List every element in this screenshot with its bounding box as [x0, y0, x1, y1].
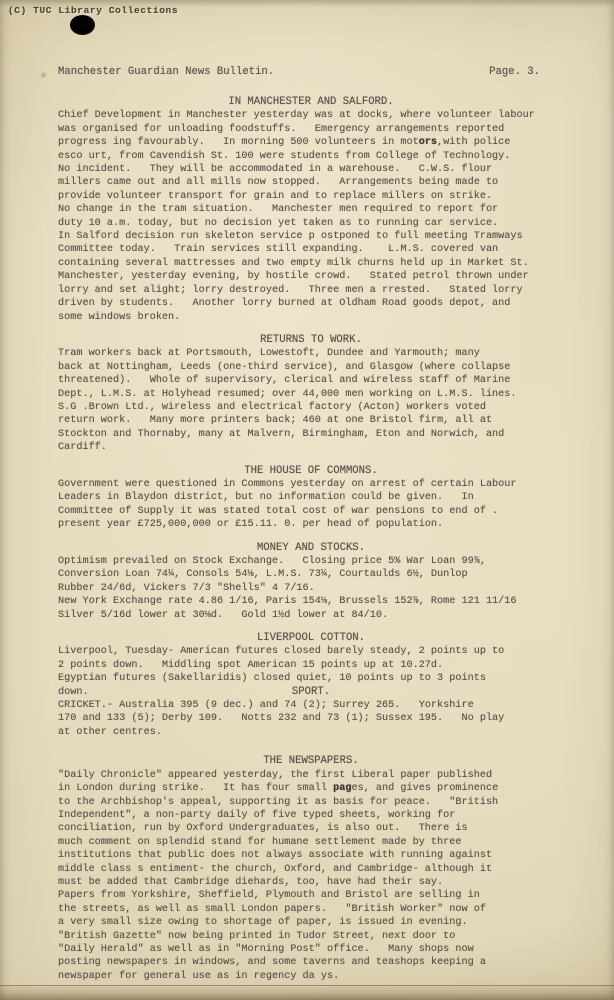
section-heading: LIVERPOOL COTTON. — [58, 632, 564, 645]
section-heading: IN MANCHESTER AND SALFORD. — [58, 96, 564, 109]
section-heading: THE HOUSE OF COMMONS. — [58, 465, 564, 478]
section-the-newspapers: THE NEWSPAPERS. "Daily Chronicle" appear… — [58, 755, 564, 983]
section-manchester-salford: IN MANCHESTER AND SALFORD. Chief Develop… — [58, 96, 564, 324]
section-heading: SPORT. — [58, 686, 564, 699]
document-body: IN MANCHESTER AND SALFORD. Chief Develop… — [58, 96, 564, 993]
scanned-document-page: (C) TUC Library Collections Manchester G… — [0, 0, 614, 1000]
section-returns-to-work: RETURNS TO WORK. Tram workers back at Po… — [58, 334, 564, 455]
section-house-of-commons: THE HOUSE OF COMMONS. Government were qu… — [58, 465, 564, 532]
section-text: Tram workers back at Portsmouth, Lowesto… — [58, 347, 564, 454]
section-heading: THE NEWSPAPERS. — [58, 755, 564, 768]
hole-punch — [70, 15, 95, 35]
section-text: Government were questioned in Commons ye… — [58, 478, 564, 532]
section-text: Chief Development in Manchester yesterda… — [58, 109, 564, 324]
section-heading: RETURNS TO WORK. — [58, 334, 564, 347]
page-number: Page. 3. — [489, 66, 540, 79]
section-money-and-stocks: MONEY AND STOCKS. Optimism prevailed on … — [58, 542, 564, 622]
document-title: Manchester Guardian News Bulletin. — [58, 66, 274, 79]
section-heading: MONEY AND STOCKS. — [58, 542, 564, 555]
section-text: "Daily Chronicle" appeared yesterday, th… — [58, 769, 564, 984]
smudge-artifact — [40, 71, 47, 79]
tuc-library-watermark: (C) TUC Library Collections — [8, 5, 178, 16]
section-text: CRICKET.- Australia 395 (9 dec.) and 74 … — [58, 699, 564, 739]
section-text: Optimism prevailed on Stock Exchange. Cl… — [58, 555, 564, 622]
section-sport: SPORT. CRICKET.- Australia 395 (9 dec.) … — [58, 686, 564, 740]
document-header: Manchester Guardian News Bulletin. Page.… — [58, 66, 564, 79]
